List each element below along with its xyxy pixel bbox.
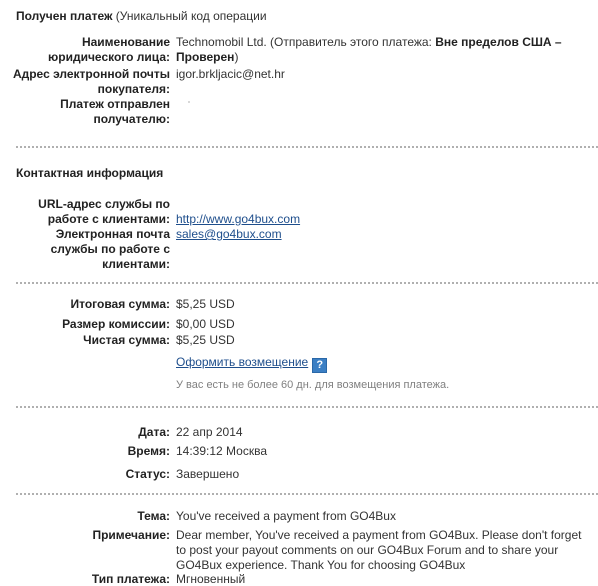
value-fee-amount: $0,00 USD xyxy=(176,317,581,332)
value-status: Завершено xyxy=(176,467,581,482)
value-total-amount: $5,25 USD xyxy=(176,297,581,312)
value-time: 14:39:12 Москва xyxy=(176,444,581,459)
support-url-link[interactable]: http://www.go4bux.com xyxy=(176,212,300,226)
value-date: 22 апр 2014 xyxy=(176,425,581,440)
label-support-email: Электронная почта службы по работе с кли… xyxy=(40,227,170,272)
refund-deadline-note: У вас есть не более 60 дн. для возмещени… xyxy=(176,379,449,391)
help-icon[interactable]: ? xyxy=(312,358,327,373)
label-subject: Тема: xyxy=(10,509,170,524)
heading-title: Получен платеж xyxy=(16,9,112,23)
support-email-link[interactable]: sales@go4bux.com xyxy=(176,227,282,241)
value-payment-type: Мгновенный xyxy=(176,572,581,586)
label-time: Время: xyxy=(10,444,170,459)
label-total-amount: Итоговая сумма: xyxy=(10,297,170,312)
label-date: Дата: xyxy=(10,425,170,440)
heading-transaction-id-label: (Уникальный код операции xyxy=(112,9,266,23)
separator xyxy=(16,493,598,495)
separator xyxy=(16,406,598,408)
separator xyxy=(16,282,598,284)
value-note: Dear member, You've received a payment f… xyxy=(176,528,594,573)
value-legal-entity-name: Technomobil Ltd. (Отправитель этого плат… xyxy=(176,35,581,65)
payment-received-heading: Получен платеж (Уникальный код операции xyxy=(16,9,267,23)
label-legal-entity-name: Наименование юридического лица: xyxy=(18,35,170,65)
label-sent-to-recipient: Платеж отправлен получателю: xyxy=(50,97,170,127)
label-buyer-email: Адрес электронной почты покупателя: xyxy=(0,67,170,97)
value-net-amount: $5,25 USD xyxy=(176,333,581,348)
separator xyxy=(16,146,598,148)
contact-info-heading: Контактная информация xyxy=(16,166,163,180)
value-subject: You've received a payment from GO4Bux xyxy=(176,509,581,524)
label-net-amount: Чистая сумма: xyxy=(10,333,170,348)
decorative-dot xyxy=(188,101,190,103)
label-note: Примечание: xyxy=(10,528,170,543)
label-support-url: URL-адрес службы по работе с клиентами: xyxy=(30,197,170,227)
label-payment-type: Тип платежа: xyxy=(10,572,170,586)
issue-refund-link[interactable]: Оформить возмещение xyxy=(176,355,308,369)
label-fee-amount: Размер комиссии: xyxy=(10,317,170,332)
value-buyer-email: igor.brkljacic@net.hr xyxy=(176,67,581,82)
label-status: Статус: xyxy=(10,467,170,482)
